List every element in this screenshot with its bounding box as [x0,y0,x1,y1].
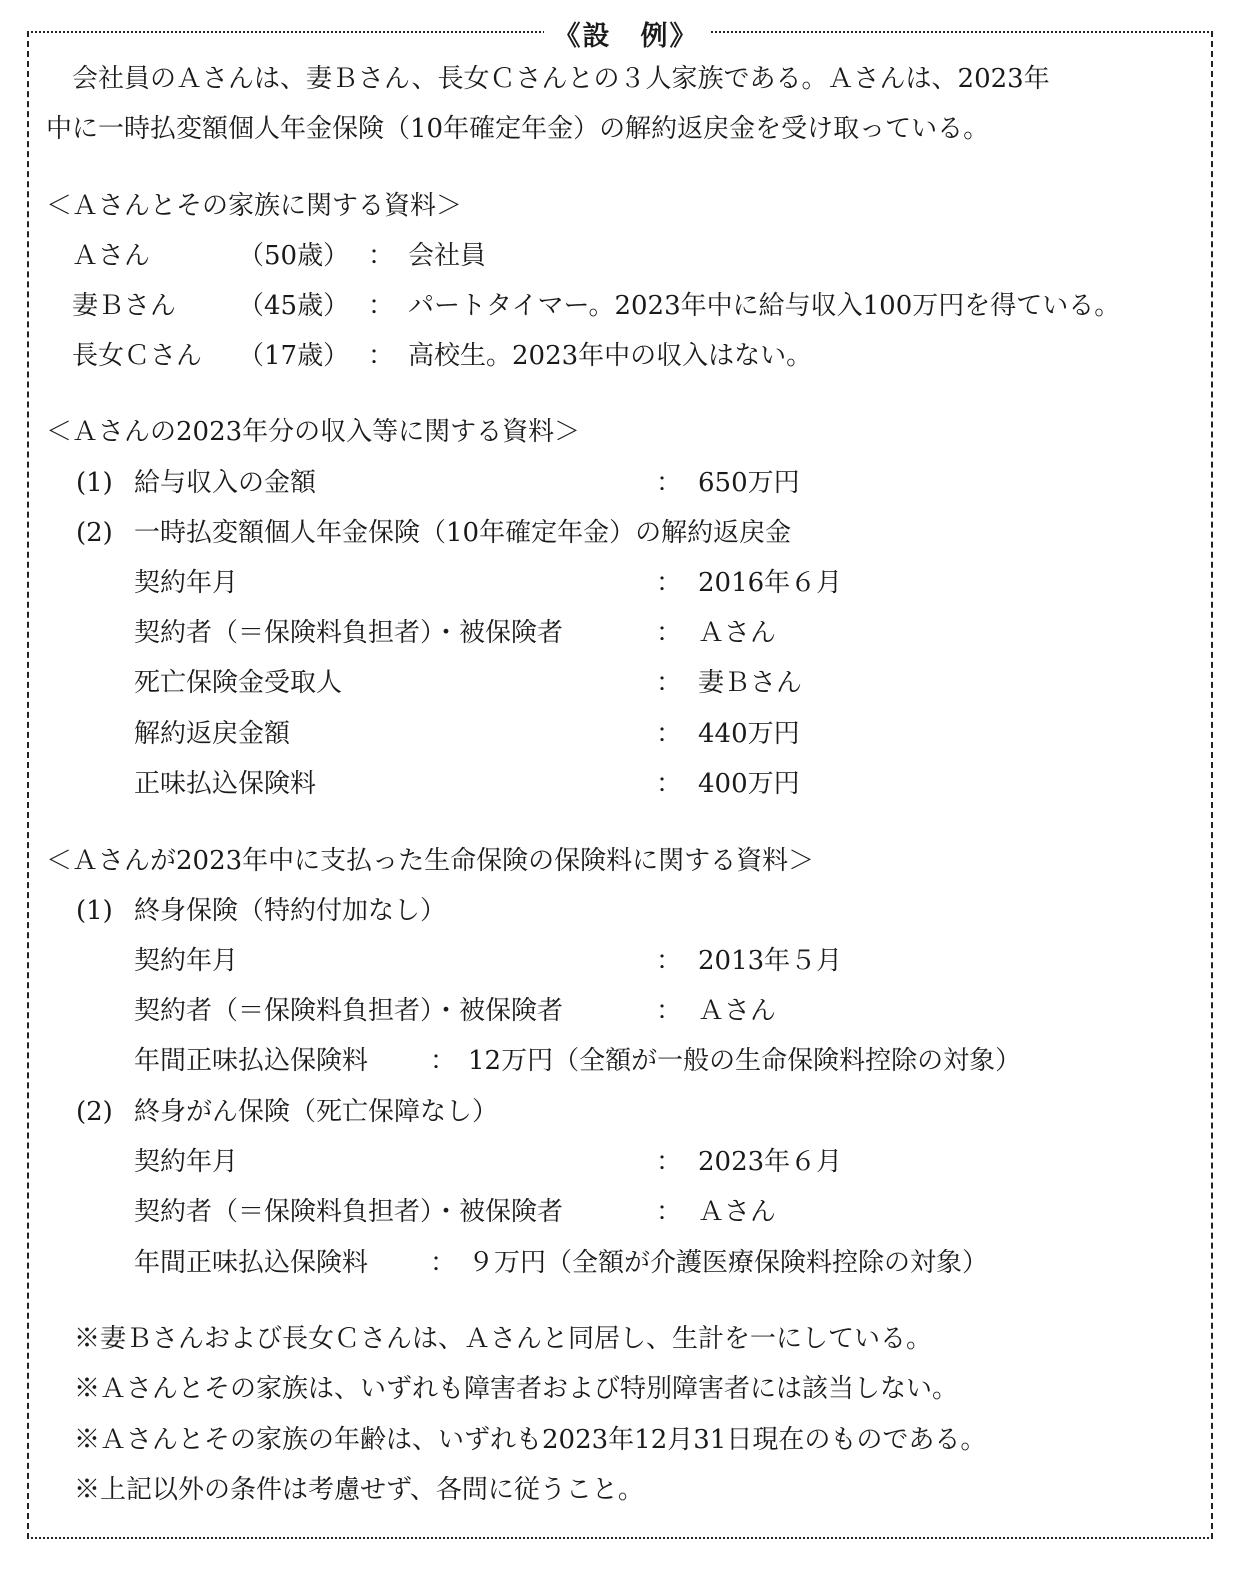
colon: ： [430,1247,456,1279]
item-label: 給与収入の金額 [134,467,316,499]
detail-label: 年間正味払込保険料 [134,1045,368,1077]
detail-value: 12万円（全額が一般の生命保険料控除の対象） [468,1045,1021,1077]
detail-value: 妻Ｂさん [698,667,802,699]
colon: ： [656,945,682,977]
detail-value: 2016年６月 [698,567,842,599]
detail-label: 契約年月 [134,1146,238,1178]
member-desc: 高校生。2023年中の収入はない。 [408,340,812,372]
income-heading: ＜Ａさんの2023年分の収入等に関する資料＞ [46,416,580,448]
detail-value: 2023年６月 [698,1146,842,1178]
detail-label: 契約年月 [134,567,238,599]
member-desc: パートタイマー。2023年中に給与収入100万円を得ている。 [408,290,1120,322]
detail-label: 契約者（＝保険料負担者）・被保険者 [134,617,563,649]
case-title-text: 《設 例》 [544,21,709,52]
detail-label: 契約者（＝保険料負担者）・被保険者 [134,995,563,1027]
policy-name: 終身がん保険（死亡保障なし） [134,1096,498,1128]
intro-line-2: 中に一時払変額個人年金保険（10年確定年金）の解約返戻金を受け取っている。 [46,113,989,145]
member-name: Ａさん [72,240,150,272]
detail-value: ９万円（全額が介護医療保険料控除の対象） [468,1247,988,1279]
colon: ： [656,617,682,649]
colon: ： [656,768,682,800]
family-heading: ＜Ａさんとその家族に関する資料＞ [46,190,462,222]
item-num: (2) [76,517,113,549]
detail-label: 年間正味払込保険料 [134,1247,368,1279]
note-4: ※上記以外の条件は考慮せず、各問に従うこと。 [74,1474,644,1506]
colon: ： [656,1146,682,1178]
item-value: 650万円 [698,467,800,499]
detail-label: 契約年月 [134,945,238,977]
member-age: （45歳） [238,290,349,322]
colon: ： [656,667,682,699]
detail-value: 2013年５月 [698,945,842,977]
colon: ： [656,467,682,499]
detail-label: 正味払込保険料 [134,768,316,800]
intro-line-1: 会社員のＡさんは、妻Ｂさん、長女Ｃさんとの３人家族である。Ａさんは、2023年 [46,63,1050,95]
colon: ： [368,340,394,372]
detail-value: 440万円 [698,718,800,750]
policy-name: 終身保険（特約付加なし） [134,895,446,927]
detail-label: 解約返戻金額 [134,718,290,750]
note-1: ※妻Ｂさんおよび長女Ｃさんは、Ａさんと同居し、生計を一にしている。 [74,1323,932,1355]
detail-value: Ａさん [698,995,776,1027]
item-num: (1) [76,467,113,499]
item-label: 一時払変額個人年金保険（10年確定年金）の解約返戻金 [134,517,791,549]
detail-label: 死亡保険金受取人 [134,667,342,699]
colon: ： [656,718,682,750]
colon: ： [430,1045,456,1077]
colon: ： [656,995,682,1027]
insurance-heading: ＜Ａさんが2023年中に支払った生命保険の保険料に関する資料＞ [46,845,814,877]
detail-value: 400万円 [698,768,800,800]
colon: ： [368,290,394,322]
colon: ： [656,567,682,599]
case-title: 《設 例》 [0,14,1252,53]
policy-num: (2) [76,1096,113,1128]
colon: ： [656,1196,682,1228]
member-desc: 会社員 [408,240,486,272]
member-age: （50歳） [238,240,349,272]
note-3: ※Ａさんとその家族の年齢は、いずれも2023年12月31日現在のものである。 [74,1424,986,1456]
policy-num: (1) [76,895,113,927]
member-age: （17歳） [238,340,349,372]
colon: ： [368,240,394,272]
member-name: 長女Ｃさん [72,340,202,372]
detail-value: Ａさん [698,617,776,649]
note-2: ※Ａさんとその家族は、いずれも障害者および特別障害者には該当しない。 [74,1373,958,1405]
detail-label: 契約者（＝保険料負担者）・被保険者 [134,1196,563,1228]
member-name: 妻Ｂさん [72,290,176,322]
detail-value: Ａさん [698,1196,776,1228]
